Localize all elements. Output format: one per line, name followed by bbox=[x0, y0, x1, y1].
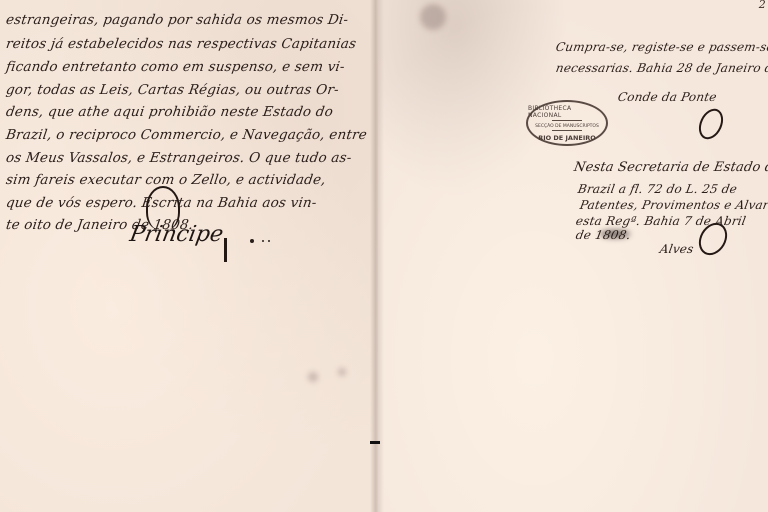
text-line: necessarias. Bahia 28 de Janeiro de 1808… bbox=[555, 61, 768, 75]
library-stamp: BIBLIOTHECA NACIONAL SECÇÃO DE MANUSCRIP… bbox=[526, 100, 608, 146]
ink-dot bbox=[262, 240, 264, 242]
page-fold bbox=[370, 0, 384, 512]
registry-signature: Alves bbox=[659, 242, 695, 256]
left-page bbox=[0, 0, 378, 512]
stain bbox=[338, 368, 346, 376]
text-line: Brazil, o reciproco Commercio, e Navegaç… bbox=[5, 127, 368, 143]
text-line: estrangeiras, pagando por sahida os mesm… bbox=[5, 12, 349, 28]
text-line: reitos já estabelecidos nas respectivas … bbox=[5, 36, 357, 52]
right-page bbox=[378, 0, 768, 512]
stamp-bottom-text: RIO DE JANEIRO bbox=[538, 134, 596, 142]
ink-blot bbox=[600, 230, 630, 238]
stain bbox=[420, 4, 446, 30]
stamp-rule bbox=[552, 130, 582, 131]
ink-mark bbox=[370, 441, 380, 444]
stamp-middle-text: SECÇÃO DE MANUSCRIPTOS bbox=[535, 124, 599, 129]
text-line: Nesta Secretaria de Estado do bbox=[573, 160, 768, 175]
stamp-rule bbox=[552, 120, 582, 121]
stain bbox=[308, 372, 318, 382]
text-line: os Meus Vassalos, e Estrangeiros. O que … bbox=[5, 150, 353, 166]
text-line: Cumpra-se, registe-se e passem-se as ord… bbox=[555, 40, 768, 54]
conde-signature: Conde da Ponte bbox=[617, 90, 718, 104]
text-line: Brazil a fl. 72 do L. 25 de bbox=[577, 182, 739, 196]
text-line: gor, todas as Leis, Cartas Régias, ou ou… bbox=[5, 82, 340, 98]
stamp-top-text: BIBLIOTHECA NACIONAL bbox=[528, 105, 606, 119]
ink-dot bbox=[268, 240, 270, 242]
text-line: Patentes, Provimentos e Alvaras bbox=[579, 198, 768, 212]
page-number: 2 bbox=[759, 0, 766, 11]
text-line: dens, que athe aqui prohibião neste Esta… bbox=[5, 104, 334, 120]
text-line: ficando entretanto como em suspenso, e s… bbox=[5, 59, 346, 75]
signature-stroke bbox=[224, 238, 227, 262]
ink-dot bbox=[250, 239, 254, 243]
